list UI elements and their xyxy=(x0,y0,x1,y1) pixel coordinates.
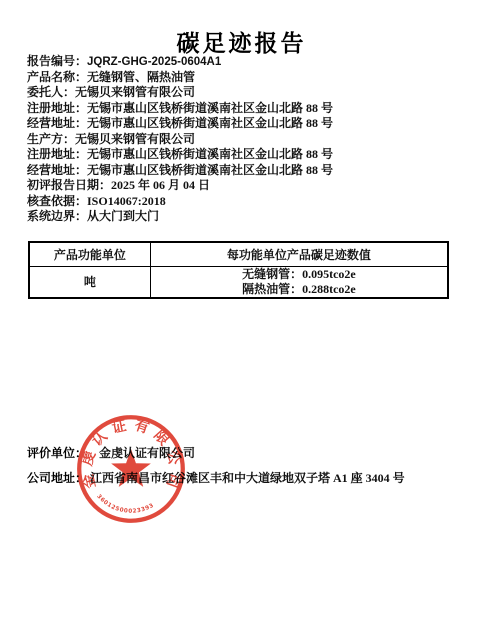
field-value: 无锡贝来钢管有限公司 xyxy=(75,85,195,99)
company-address-label: 公司地址： xyxy=(27,471,87,485)
evaluator-line: 评价单位：金虔认证有限公司 xyxy=(27,444,195,461)
field-value: 无锡市惠山区钱桥街道溪南社区金山北路 88 号 xyxy=(87,163,333,177)
field-verification-basis: 核查依据：ISO14067:2018 xyxy=(27,194,467,210)
field-label: 委托人： xyxy=(27,85,75,99)
evaluator-label: 评价单位： xyxy=(27,446,87,460)
header-functional-unit: 产品功能单位 xyxy=(29,242,150,266)
field-label: 初评报告日期： xyxy=(27,178,111,192)
field-product-name: 产品名称：无缝钢管、隔热油管 xyxy=(27,70,467,86)
field-label: 经营地址： xyxy=(27,116,87,130)
field-producer: 生产方：无锡贝来钢管有限公司 xyxy=(27,132,467,148)
seal-number-text: 36012500023393 xyxy=(95,494,155,515)
field-business-address-2: 经营地址：无锡市惠山区钱桥街道溪南社区金山北路 88 号 xyxy=(27,163,467,179)
cell-footprint-values: 无缝钢管：0.095tco2e 隔热油管：0.288tco2e xyxy=(150,266,448,298)
field-business-address: 经营地址：无锡市惠山区钱桥街道溪南社区金山北路 88 号 xyxy=(27,116,467,132)
field-value: 无缝钢管、隔热油管 xyxy=(87,70,195,84)
table-data-row: 吨 无缝钢管：0.095tco2e 隔热油管：0.288tco2e xyxy=(29,266,448,298)
field-system-boundary: 系统边界：从大门到大门 xyxy=(27,209,467,225)
carbon-footprint-table: 产品功能单位 每功能单位产品碳足迹数值 吨 无缝钢管：0.095tco2e 隔热… xyxy=(28,241,449,299)
table-header-row: 产品功能单位 每功能单位产品碳足迹数值 xyxy=(29,242,448,266)
header-footprint-value: 每功能单位产品碳足迹数值 xyxy=(150,242,448,266)
cell-unit: 吨 xyxy=(29,266,150,298)
footprint-value-seamless-pipe: 无缝钢管：0.095tco2e xyxy=(151,267,447,282)
field-label: 核查依据： xyxy=(27,194,87,208)
field-registered-address: 注册地址：无锡市惠山区钱桥街道溪南社区金山北路 88 号 xyxy=(27,101,467,117)
field-value: ISO14067:2018 xyxy=(87,194,166,208)
field-client: 委托人：无锡贝来钢管有限公司 xyxy=(27,85,467,101)
field-report-number: 报告编号：JQRZ-GHG-2025-0604A1 xyxy=(27,54,467,70)
field-label: 系统边界： xyxy=(27,209,87,223)
field-value: 无锡贝来钢管有限公司 xyxy=(75,132,195,146)
company-address-line: 公司地址：江西省南昌市红谷滩区丰和中大道绿地双子塔 A1 座 3404 号 xyxy=(27,469,405,486)
report-page: 碳足迹报告 报告编号：JQRZ-GHG-2025-0604A1 产品名称：无缝钢… xyxy=(0,0,483,636)
field-registered-address-2: 注册地址：无锡市惠山区钱桥街道溪南社区金山北路 88 号 xyxy=(27,147,467,163)
field-value: 从大门到大门 xyxy=(87,209,159,223)
field-value: JQRZ-GHG-2025-0604A1 xyxy=(87,56,221,68)
field-value: 2025 年 06 月 04 日 xyxy=(111,178,210,192)
field-label: 注册地址： xyxy=(27,101,87,115)
field-initial-report-date: 初评报告日期：2025 年 06 月 04 日 xyxy=(27,178,467,194)
footprint-value-insulated-pipe: 隔热油管：0.288tco2e xyxy=(151,282,447,297)
field-label: 生产方： xyxy=(27,132,75,146)
company-address-value: 江西省南昌市红谷滩区丰和中大道绿地双子塔 A1 座 3404 号 xyxy=(90,471,405,485)
field-label: 产品名称： xyxy=(27,70,87,84)
report-fields: 报告编号：JQRZ-GHG-2025-0604A1 产品名称：无缝钢管、隔热油管… xyxy=(27,54,467,225)
field-value: 无锡市惠山区钱桥街道溪南社区金山北路 88 号 xyxy=(87,116,333,130)
evaluator-value: 金虔认证有限公司 xyxy=(99,446,195,460)
field-label: 注册地址： xyxy=(27,147,87,161)
field-label: 报告编号： xyxy=(27,54,87,68)
field-value: 无锡市惠山区钱桥街道溪南社区金山北路 88 号 xyxy=(87,101,333,115)
field-label: 经营地址： xyxy=(27,163,87,177)
field-value: 无锡市惠山区钱桥街道溪南社区金山北路 88 号 xyxy=(87,147,333,161)
